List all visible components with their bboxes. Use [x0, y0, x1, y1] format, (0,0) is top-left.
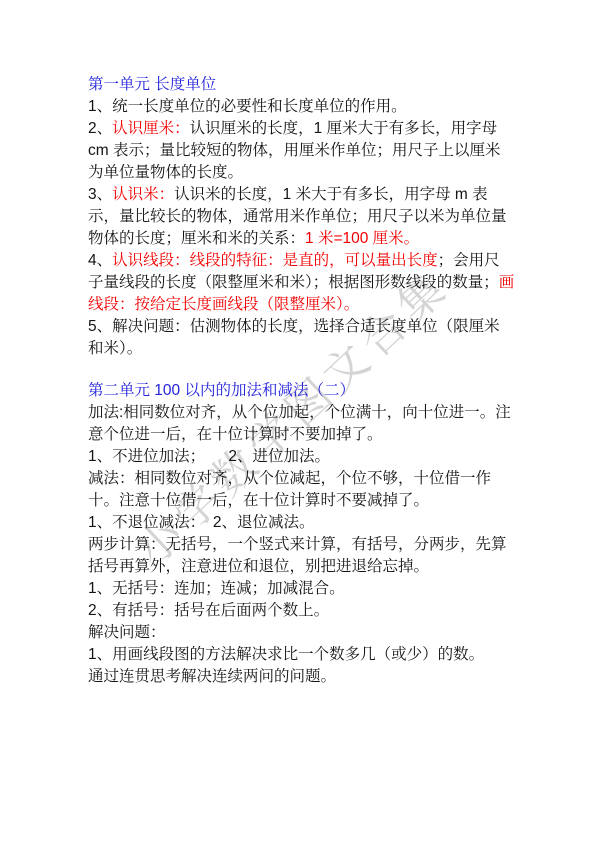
body-text: 通过连贯思考解决连续两问的问题。 [88, 668, 336, 685]
section-2: 第二单元 100 以内的加法和减法（二）加法:相同数位对齐，从个位加起，个位满十… [88, 380, 515, 688]
body-text: 加法:相同数位对齐，从个位加起，个位满十，向十位进一。注意个位进一后，在十位计算… [88, 404, 511, 443]
document-page: 小学数学图文合集 第一单元 长度单位1、统一长度单位的必要性和长度单位的作用。2… [0, 0, 595, 842]
paragraph: 1、用画线段图的方法解决求比一个数多几（或少）的数。 [88, 644, 515, 666]
section-heading: 第一单元 长度单位 [88, 74, 515, 96]
paragraph: 加法:相同数位对齐，从个位加起，个位满十，向十位进一。注意个位进一后，在十位计算… [88, 402, 515, 446]
section-1: 第一单元 长度单位1、统一长度单位的必要性和长度单位的作用。2、认识厘米：认识厘… [88, 74, 515, 360]
body-text: 1、统一长度单位的必要性和长度单位的作用。 [88, 98, 407, 115]
paragraph: 解决问题： [88, 622, 515, 644]
highlighted-text: 认识线段：线段的特征：是直的，可以量出长度 [112, 252, 438, 269]
body-text: 两步计算：无括号，一个竖式来计算，有括号，分两步，先算括号再算外，注意进位和退位… [88, 536, 507, 575]
section-heading: 第二单元 100 以内的加法和减法（二） [88, 380, 515, 402]
paragraph: 4、认识线段：线段的特征：是直的，可以量出长度；会用尺子量线段的长度（限整厘米和… [88, 250, 515, 316]
highlighted-text: 认识厘米： [112, 120, 190, 137]
body-text: 解决问题： [88, 624, 166, 641]
paragraph: 1、统一长度单位的必要性和长度单位的作用。 [88, 96, 515, 118]
body-text: 2、 [88, 120, 112, 137]
body-text: 1、不退位减法： 2、退位减法。 [88, 514, 315, 531]
highlighted-text: 1 米=100 厘米。 [305, 230, 419, 247]
body-text: 4、 [88, 252, 112, 269]
body-text: 3、 [88, 186, 112, 203]
paragraph: 2、认识厘米：认识厘米的长度，1 厘米大于有多长，用字母 cm 表示；量比较短的… [88, 118, 515, 184]
body-text: 2、有括号：括号在后面两个数上。 [88, 602, 329, 619]
paragraph: 5、解决问题：估测物体的长度，选择合适长度单位（限厘米和米）。 [88, 316, 515, 360]
body-text: 1、不进位加法； 2、进位加法。 [88, 448, 330, 465]
paragraph: 1、无括号：连加；连减；加减混合。 [88, 578, 515, 600]
body-text: 5、解决问题：估测物体的长度，选择合适长度单位（限厘米和米）。 [88, 318, 500, 357]
document-content: 第一单元 长度单位1、统一长度单位的必要性和长度单位的作用。2、认识厘米：认识厘… [88, 74, 515, 688]
paragraph: 两步计算：无括号，一个竖式来计算，有括号，分两步，先算括号再算外，注意进位和退位… [88, 534, 515, 578]
paragraph: 3、认识米：认识米的长度，1 米大于有多长，用字母 m 表示，量比较长的物体，通… [88, 184, 515, 250]
highlighted-text: 认识米： [112, 186, 174, 203]
body-text: 减法：相同数位对齐，从个位减起，个位不够，十位借一作十。注意十位借一后，在十位计… [88, 470, 491, 509]
paragraph: 1、不退位减法： 2、退位减法。 [88, 512, 515, 534]
body-text: 1、用画线段图的方法解决求比一个数多几（或少）的数。 [88, 646, 484, 663]
paragraph: 减法：相同数位对齐，从个位减起，个位不够，十位借一作十。注意十位借一后，在十位计… [88, 468, 515, 512]
paragraph: 通过连贯思考解决连续两问的问题。 [88, 666, 515, 688]
body-text: 1、无括号：连加；连减；加减混合。 [88, 580, 345, 597]
paragraph: 1、不进位加法； 2、进位加法。 [88, 446, 515, 468]
paragraph: 2、有括号：括号在后面两个数上。 [88, 600, 515, 622]
